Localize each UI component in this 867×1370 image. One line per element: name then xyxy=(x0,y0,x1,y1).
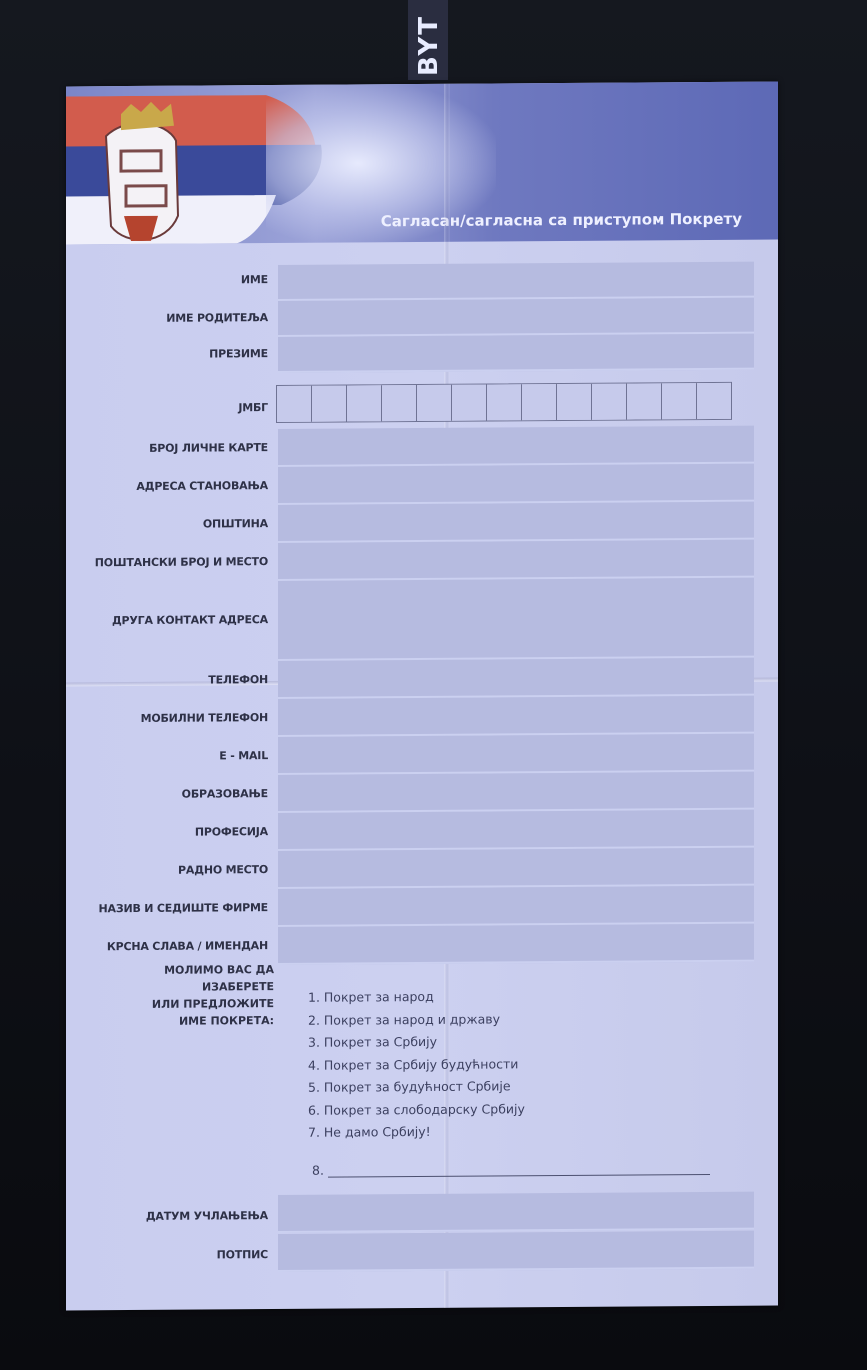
parent-name-label: ИМЕ РОДИТЕЉА xyxy=(48,311,268,326)
jmbg-digit-cell[interactable] xyxy=(557,384,592,420)
jmbg-input[interactable] xyxy=(276,382,732,423)
jmbg-digit-cell[interactable] xyxy=(627,383,662,419)
profession-field[interactable] xyxy=(278,810,754,851)
field-row-id-card-number: БРОЈ ЛИЧНЕ КАРТЕ xyxy=(66,426,778,431)
family-saint-day-label: КРСНА СЛАВА / ИМЕНДАН xyxy=(48,939,268,954)
custom-movement-option: 8. xyxy=(312,1160,710,1178)
jmbg-digit-cell[interactable] xyxy=(697,383,731,419)
education-field[interactable] xyxy=(278,772,754,813)
other-contact-address-label: ДРУГА КОНТАКТ АДРЕСА xyxy=(48,613,268,628)
jmbg-label: ЈМБГ xyxy=(48,401,268,416)
membership-form-sheet: Сагласан/сагласна са приступом Покрету И… xyxy=(66,82,778,1311)
movement-option[interactable]: 4. Покрет за Србију будућности xyxy=(308,1053,525,1077)
mobile-phone-label: МОБИЛНИ ТЕЛЕФОН xyxy=(48,711,268,726)
workplace-label: РАДНО МЕСТО xyxy=(48,863,268,878)
municipality-field[interactable] xyxy=(278,502,754,543)
join-date-label: ДАТУМ УЧЛАЊЕЊА xyxy=(48,1209,268,1224)
signature-field[interactable] xyxy=(278,1231,754,1272)
movement-option[interactable]: 3. Покрет за Србију xyxy=(308,1030,525,1054)
field-row-join-date: ДАТУМ УЧЛАЊЕЊА xyxy=(66,1192,778,1197)
email-field[interactable] xyxy=(278,734,754,775)
workplace-field[interactable] xyxy=(278,848,754,889)
form-title: Сагласан/сагласна са приступом Покрету xyxy=(381,210,742,231)
jmbg-digit-cell[interactable] xyxy=(522,384,557,420)
jmbg-digit-cell[interactable] xyxy=(452,385,487,421)
phone-label: ТЕЛЕФОН xyxy=(48,673,268,688)
last-name-field[interactable] xyxy=(278,334,754,373)
custom-movement-name-input[interactable] xyxy=(328,1162,710,1178)
jmbg-digit-cell[interactable] xyxy=(277,386,312,422)
movement-option[interactable]: 5. Покрет за будућност Србије xyxy=(308,1075,525,1099)
mobile-phone-field[interactable] xyxy=(278,696,754,737)
field-row-first-name: ИМЕ xyxy=(66,262,778,267)
id-card-number-label: БРОЈ ЛИЧНЕ КАРТЕ xyxy=(48,441,268,456)
join-date-field[interactable] xyxy=(278,1192,754,1233)
jmbg-digit-cell[interactable] xyxy=(312,386,347,422)
parent-name-field[interactable] xyxy=(278,298,754,337)
profession-label: ПРОФЕСИЈА xyxy=(48,825,268,840)
jmbg-digit-cell[interactable] xyxy=(662,383,697,419)
municipality-label: ОПШТИНА xyxy=(48,517,268,532)
movement-name-options: 1. Покрет за народ 2. Покрет за народ и … xyxy=(308,985,525,1144)
postal-code-city-label: ПОШТАНСКИ БРОЈ И МЕСТО xyxy=(48,555,268,570)
prompt-line: ИЗАБЕРЕТЕ xyxy=(106,978,274,996)
signature-label: ПОТПИС xyxy=(48,1248,268,1263)
phone-field[interactable] xyxy=(278,658,754,699)
form-header: Сагласан/сагласна са приступом Покрету xyxy=(66,82,778,245)
jmbg-digit-cell[interactable] xyxy=(592,384,627,420)
first-name-field[interactable] xyxy=(278,262,754,301)
company-name-seat-label: НАЗИВ И СЕДИШТЕ ФИРМЕ xyxy=(48,901,268,916)
jmbg-digit-cell[interactable] xyxy=(487,384,522,420)
movement-option[interactable]: 2. Покрет за народ и државу xyxy=(308,1008,525,1032)
prompt-line: МОЛИМО ВАС ДА xyxy=(106,961,274,979)
email-label: E - MAIL xyxy=(48,749,268,764)
movement-name-prompt: МОЛИМО ВАС ДА ИЗАБЕРЕТЕ ИЛИ ПРЕДЛОЖИТЕ И… xyxy=(106,961,274,1030)
background-banner-text: BYT xyxy=(414,15,444,76)
movement-option[interactable]: 6. Покрет за слободарску Србију xyxy=(308,1098,525,1122)
movement-option[interactable]: 7. Не дамо Србију! xyxy=(308,1120,525,1144)
other-contact-address-field[interactable] xyxy=(278,578,754,661)
custom-option-number: 8. xyxy=(312,1163,324,1178)
family-saint-day-field[interactable] xyxy=(278,924,754,965)
postal-code-city-field[interactable] xyxy=(278,540,754,581)
movement-option[interactable]: 1. Покрет за народ xyxy=(308,985,525,1009)
home-address-field[interactable] xyxy=(278,464,754,505)
background-banner: BYT xyxy=(408,0,448,80)
first-name-label: ИМЕ xyxy=(48,273,268,288)
jmbg-digit-cell[interactable] xyxy=(347,385,382,421)
education-label: ОБРАЗОВАЊЕ xyxy=(48,787,268,802)
jmbg-digit-cell[interactable] xyxy=(417,385,452,421)
jmbg-digit-cell[interactable] xyxy=(382,385,417,421)
id-card-number-field[interactable] xyxy=(278,426,754,467)
prompt-line: ИМЕ ПОКРЕТА: xyxy=(106,1012,274,1030)
last-name-label: ПРЕЗИМЕ xyxy=(48,347,268,362)
prompt-line: ИЛИ ПРЕДЛОЖИТЕ xyxy=(106,995,274,1013)
home-address-label: АДРЕСА СТАНОВАЊА xyxy=(48,479,268,494)
field-row-jmbg: ЈМБГ xyxy=(66,382,778,387)
company-name-seat-field[interactable] xyxy=(278,886,754,927)
